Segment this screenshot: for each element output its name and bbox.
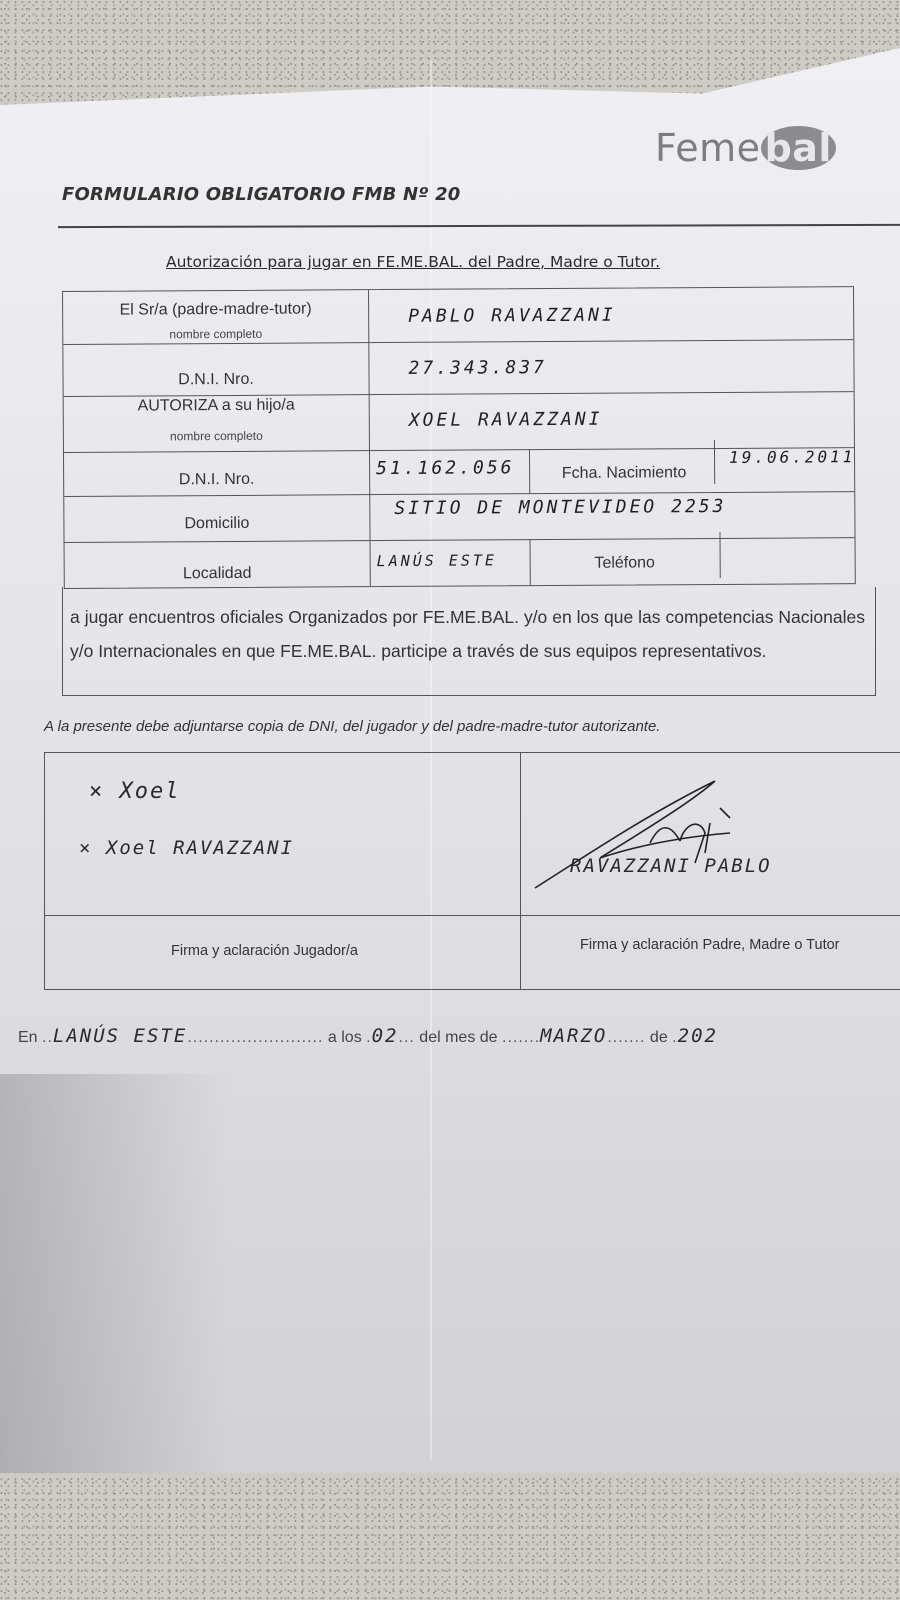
address-label: Domicilio	[64, 514, 369, 534]
birth-date-field[interactable]: 19.06.2011	[729, 447, 855, 467]
parent-clarification[interactable]: RAVAZZANI PABLO	[570, 855, 772, 877]
child-dni-field[interactable]: 51.162.056	[376, 457, 515, 479]
place-field[interactable]: LANÚS ESTE	[53, 1025, 187, 1047]
month-field[interactable]: MARZO	[540, 1025, 607, 1047]
phone-label: Teléfono	[535, 554, 715, 573]
authorization-text: a jugar encuentros oficiales Organizados…	[70, 600, 865, 668]
days-label: a los	[328, 1029, 362, 1046]
tutor-sublabel: nombre completo	[63, 326, 368, 342]
city-field[interactable]: LANÚS ESTE	[377, 551, 497, 570]
child-label: AUTORIZA a su hijo/a	[64, 396, 369, 416]
city-label: Localidad	[65, 564, 370, 584]
month-label: del mes de	[419, 1029, 497, 1046]
attachment-note: A la presente debe adjuntarse copia de D…	[44, 718, 660, 735]
year-field[interactable]: 202	[678, 1025, 718, 1047]
ball-icon: bal	[761, 126, 836, 170]
address-field[interactable]: SITIO DE MONTEVIDEO 2253	[394, 496, 726, 519]
tutor-dni-field[interactable]: 27.343.837	[408, 357, 547, 379]
signature-table: × Xoel × Xoel RAVAZZANI Firma y aclaraci…	[44, 752, 900, 990]
player-signature[interactable]: × Xoel	[89, 779, 180, 804]
authorization-table: El Sr/a (padre-madre-tutor) nombre compl…	[62, 286, 856, 589]
form-title: FORMULARIO OBLIGATORIO FMB Nº 20	[62, 184, 461, 205]
form-subtitle: Autorización para jugar en FE.ME.BAL. de…	[166, 253, 660, 271]
tutor-name-field[interactable]: PABLO RAVAZZANI	[408, 305, 616, 327]
birth-label: Fcha. Nacimiento	[534, 464, 714, 483]
place-date-line: En ..LANÚS ESTE.........................…	[18, 1025, 718, 1047]
player-signature-caption: Firma y aclaración Jugador/a	[171, 943, 358, 959]
place-prefix: En	[18, 1029, 38, 1046]
tutor-dni-label: D.N.I. Nro.	[63, 370, 368, 390]
child-name-field[interactable]: XOEL RAVAZZANI	[409, 409, 603, 431]
child-sublabel: nombre completo	[64, 428, 369, 444]
child-dni-label: D.N.I. Nro.	[64, 470, 369, 490]
year-label: de	[650, 1029, 668, 1046]
parent-signature-caption: Firma y aclaración Padre, Madre o Tutor	[580, 937, 840, 953]
player-clarification[interactable]: × Xoel RAVAZZANI	[79, 837, 294, 859]
tutor-label: El Sr/a (padre-madre-tutor)	[63, 300, 368, 320]
femebal-logo: Femebal	[655, 126, 836, 170]
day-field[interactable]: 02	[372, 1025, 399, 1047]
logo-text: Feme	[655, 126, 761, 170]
